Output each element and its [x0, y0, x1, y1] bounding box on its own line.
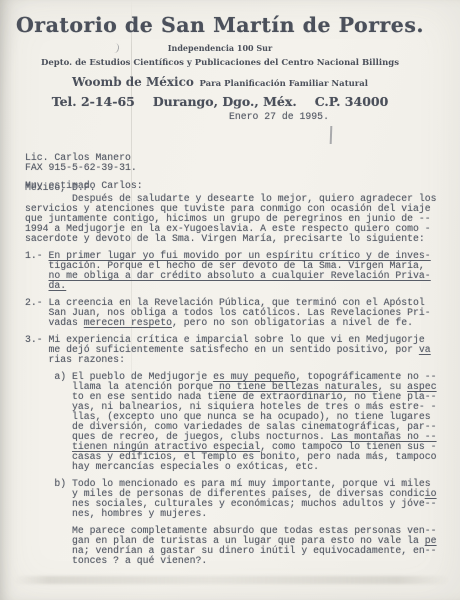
letterhead-city: Durango, Dgo., Méx.: [153, 94, 297, 109]
paragraph: b) Todo lo mencionado es para mí muy imp…: [25, 479, 457, 519]
paragraph: 1.- En primer lugar yo fui movido por un…: [25, 251, 457, 291]
body-line: da.: [25, 281, 457, 291]
body-line: vadas merecen respeto, pero no son oblig…: [25, 318, 457, 328]
fax-number: FAX 915-5-62-39-31.: [25, 163, 137, 173]
letterhead-org-subtitle: Para Planificación Familiar Natural: [199, 79, 368, 89]
pen-stroke-mark: [330, 126, 332, 144]
letterhead-postal-code: C.P. 34000: [315, 94, 389, 109]
letterhead-title: Oratorio de San Martín de Porres.: [8, 13, 432, 37]
letterhead: Oratorio de San Martín de Porres. Indepe…: [8, 13, 432, 109]
paragraph: Después de saludarte y desearte lo mejor…: [25, 194, 457, 244]
letterhead-organization: Woomb de México Para Planificación Famil…: [8, 71, 432, 90]
paragraph: 3.- Mi experiencia crítica e imparcial s…: [25, 335, 457, 365]
letter-date: Enero 27 de 1995.: [229, 112, 329, 122]
paragraph: a) El pueblo de Medjugorje es muy pequeñ…: [25, 372, 457, 472]
letterhead-telephone: Tel. 2-14-65: [52, 94, 135, 109]
letterhead-department: Depto. de Estudios Científicos y Publica…: [8, 58, 432, 68]
body-line: rias razones:: [25, 355, 457, 365]
body-line: nes, hombres y mujeres.: [25, 509, 457, 519]
salutation: Muy estimado Carlos:: [25, 181, 143, 191]
paragraph: Me parece completamente absurdo que toda…: [25, 526, 457, 566]
letter-body: Después de saludarte y desearte lo mejor…: [25, 194, 457, 573]
body-line: sacerdote y devoto de la Sma. Virgen Mar…: [25, 234, 457, 244]
letterhead-address: Independencia 100 Sur: [8, 43, 432, 53]
scanned-letter-page: Oratorio de San Martín de Porres. Indepe…: [0, 0, 460, 600]
paragraph: 2.- La creencia en la Revelación Pública…: [25, 298, 457, 328]
body-line: hay mercancías especiales o exóticas, et…: [25, 462, 457, 472]
scan-streak: [14, 576, 450, 584]
letterhead-org-name: Woomb de México: [72, 75, 194, 89]
body-line: no me obliga a dar crédito absoluto a cu…: [25, 271, 457, 281]
letterhead-contact: Tel. 2-14-65 Durango, Dgo., Méx. C.P. 34…: [8, 94, 432, 109]
body-line: tonces ? a qué vienen?.: [25, 556, 457, 566]
